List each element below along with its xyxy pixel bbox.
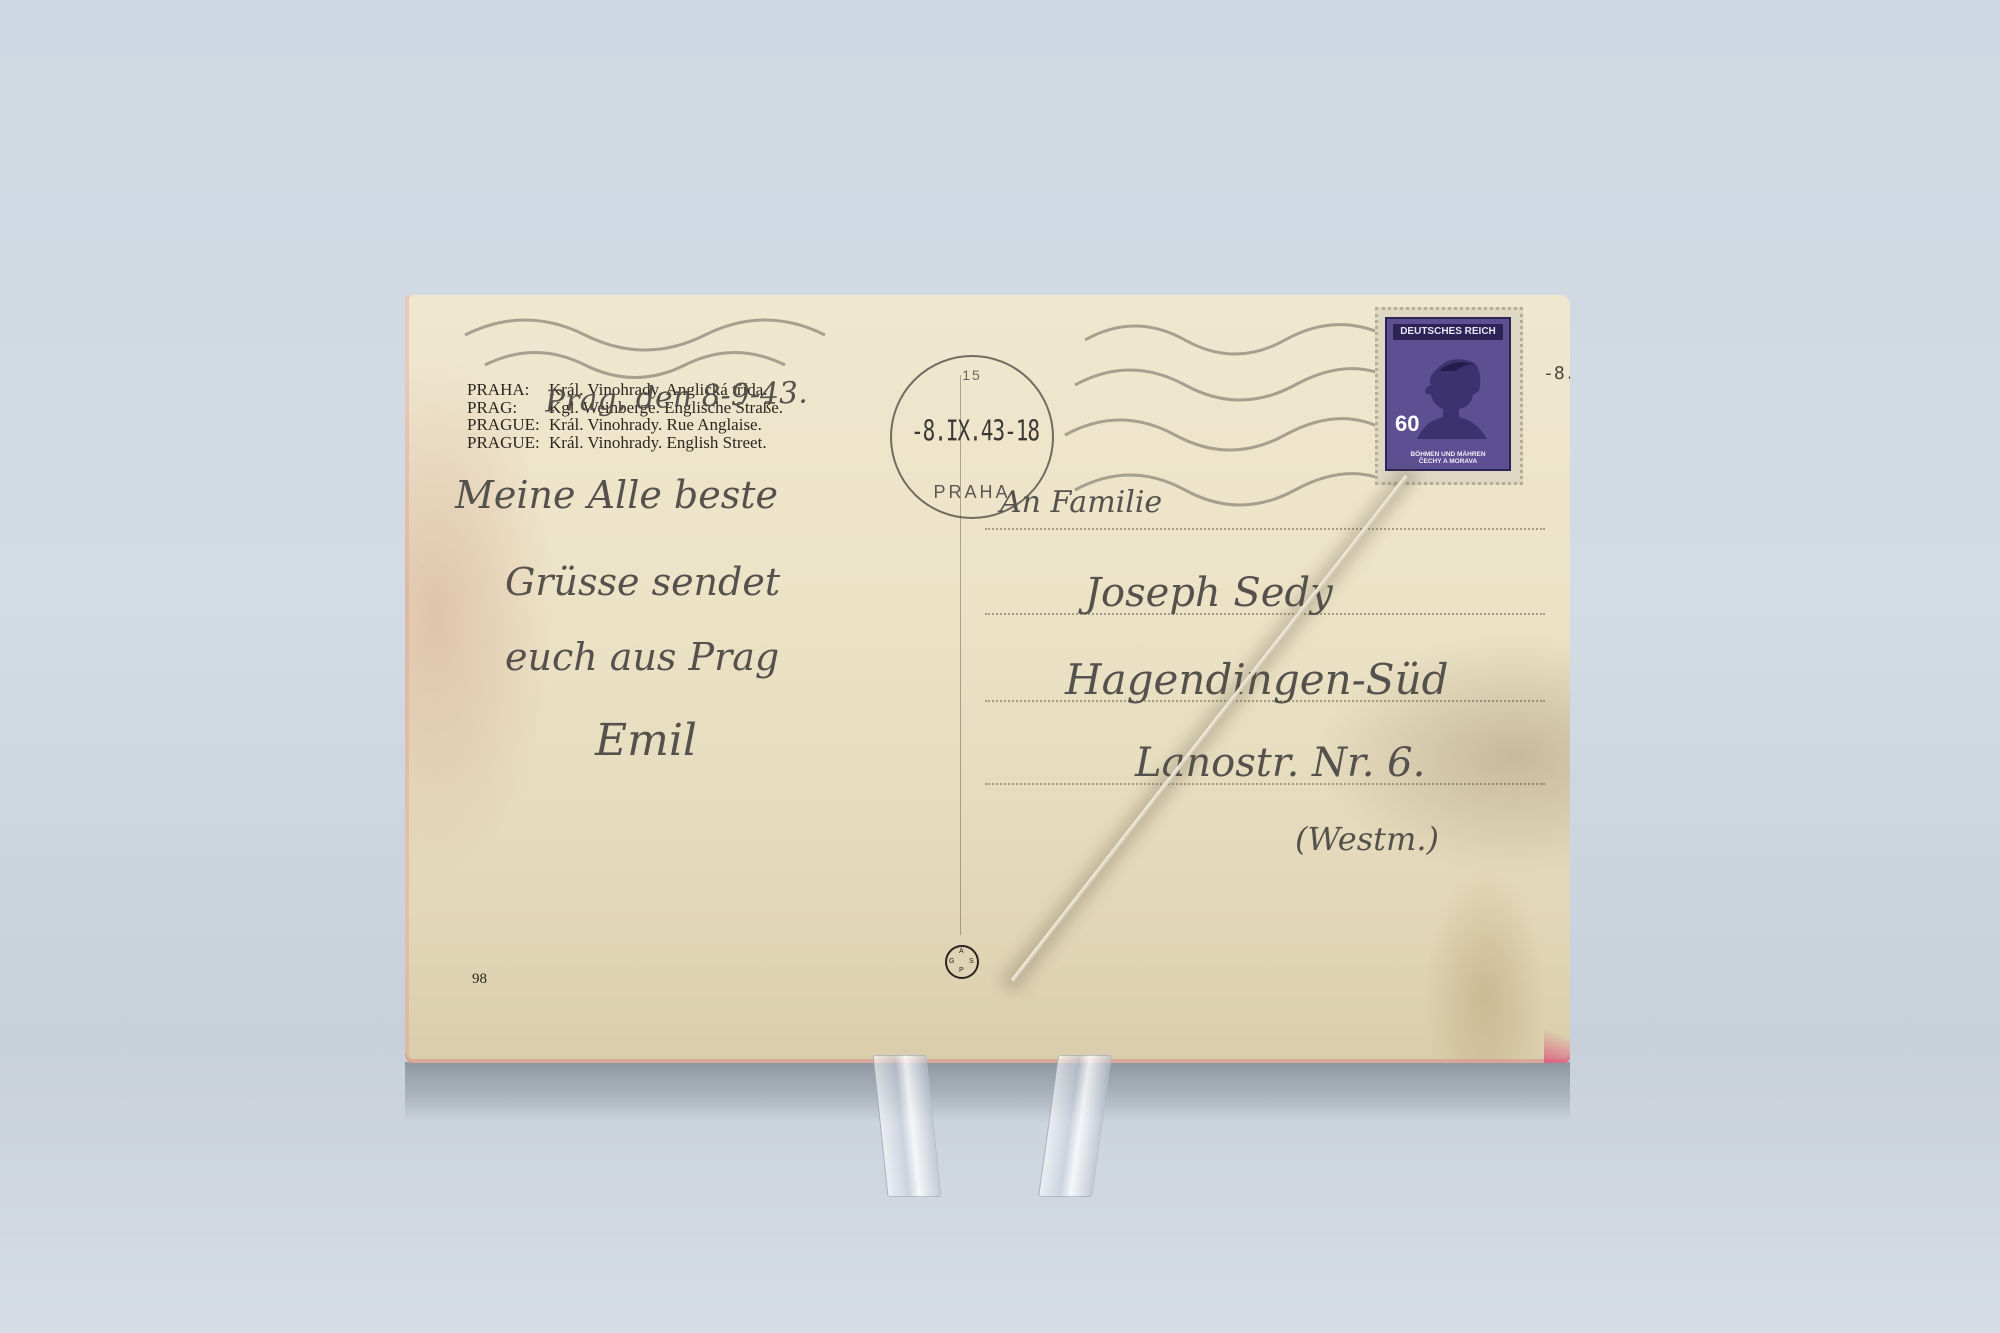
message-line: Meine Alle beste <box>455 473 778 517</box>
card-number: 98 <box>472 971 487 988</box>
postcard: PRAHA:Král. Vinohrady. Anglická třída. P… <box>405 295 1570 1063</box>
address-line-text: An Familie <box>1000 485 1162 520</box>
postmark-top-text: 15 <box>932 367 1012 383</box>
postmark-edge-partial: -8.K <box>1543 363 1570 384</box>
publisher-logo-icon: A G S P <box>945 945 979 979</box>
photo-scene: PRAHA:Král. Vinohrady. Anglická třída. P… <box>0 0 2000 1333</box>
address-line-text: (Westm.) <box>1295 820 1439 858</box>
postage-stamp: DEUTSCHES REICH 60 BÖHMEN UND MÄHREN ČEC… <box>1385 317 1511 471</box>
message-line: Grüsse sendet <box>505 560 780 604</box>
stained-corner <box>1544 1023 1570 1063</box>
table-shadow <box>405 1062 1570 1122</box>
message-line: euch aus Prag <box>505 635 779 679</box>
stamp-value: 60 <box>1395 411 1419 437</box>
portrait-icon <box>1417 347 1487 439</box>
stamp-footer: BÖHMEN UND MÄHREN ČECHY A MORAVA <box>1391 451 1505 465</box>
postmark-date: -8.IX.43-18 <box>900 415 1050 447</box>
address-line <box>985 528 1545 530</box>
signature: Emil <box>595 715 697 766</box>
caption-line: PRAGUE:Král. Vinohrady. English Street. <box>467 434 783 452</box>
stamp-header: DEUTSCHES REICH <box>1393 324 1503 340</box>
address-line-text: Joseph Sedy <box>1085 570 1333 616</box>
caption-line: PRAGUE:Král. Vinohrady. Rue Anglaise. <box>467 416 783 434</box>
address-line-text: Hagendingen-Süd <box>1065 655 1449 704</box>
